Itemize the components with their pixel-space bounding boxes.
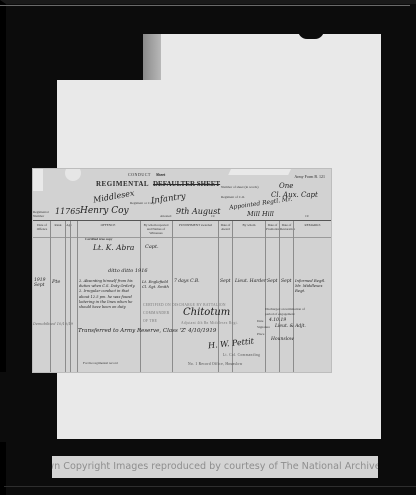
grid-line bbox=[232, 221, 233, 372]
discharge-signature-value: Lieut. & Adjt. bbox=[275, 324, 306, 329]
discharge-date-label: Date bbox=[257, 320, 263, 324]
col-punishment: PUNISHMENT awarded bbox=[173, 224, 218, 228]
commanding-signature: H. W. Pettit bbox=[208, 337, 255, 351]
entry-offence: 2. Absenting himself from his duties whe… bbox=[79, 279, 139, 310]
entry-date-promotion: Sept bbox=[267, 279, 277, 284]
col-reported-by: By whom reported and Names of Witnesses bbox=[141, 224, 171, 235]
discharge-line-2: period of engagement bbox=[265, 313, 325, 317]
label-regimental-number: Regimental Number bbox=[33, 211, 53, 219]
entry-sub-note-rank: Capt. bbox=[145, 244, 159, 250]
record-office-stamp: No. 1 Record Office, Hounslow bbox=[188, 362, 243, 366]
label-year: 19 bbox=[211, 215, 214, 219]
col-by-whom: By whom bbox=[233, 224, 265, 228]
commanding-stamp: Lt. Col. Commanding bbox=[223, 353, 260, 357]
footer-note: For the regimental record bbox=[83, 362, 118, 366]
conduct-sheet-form: CONDUCT Sheet REGIMENTAL DEFAULTER SHEET… bbox=[33, 169, 331, 372]
stamp-line-3: OF THE bbox=[143, 319, 157, 323]
col-date-of-promotion: Date of Promotion bbox=[266, 224, 279, 232]
col-age: Age bbox=[66, 224, 72, 228]
grid-line bbox=[293, 221, 294, 372]
col-offence: OFFENCE bbox=[78, 224, 138, 228]
header-altered: Sheet bbox=[156, 172, 165, 177]
form-corner-fold bbox=[33, 169, 43, 191]
discharge-place-value: Hounslow bbox=[271, 337, 294, 342]
value-corps: Infantry bbox=[150, 192, 186, 207]
entry-sub-note: Lt. K. Abra bbox=[93, 243, 134, 252]
grid-line bbox=[172, 221, 173, 372]
entry-date-of-award: Sept bbox=[220, 279, 230, 284]
scanner-background-left bbox=[0, 372, 54, 442]
grid-line bbox=[279, 221, 280, 372]
discharge-date-value: 4.10.19 bbox=[269, 318, 286, 323]
value-regiment: Middlesex bbox=[93, 188, 136, 204]
left-margin-note: Demobilised 10/10/19 bbox=[33, 322, 73, 326]
form-title: REGIMENTAL bbox=[96, 180, 149, 188]
adjutant-signature: Chitotum bbox=[183, 307, 230, 318]
entry-remarks: Informed Regtl. Mr. Middlesex Regt. bbox=[295, 278, 331, 293]
entry-ditto-line: ditto ditto 1916 bbox=[108, 268, 148, 274]
scan-bottom-edge bbox=[4, 486, 416, 487]
scan-edge-line bbox=[0, 5, 410, 6]
value-location: Mill Hill bbox=[247, 210, 274, 218]
col-rank: Rank bbox=[51, 224, 65, 228]
card-cutout bbox=[57, 34, 143, 80]
col-date-of-award: Date of Award bbox=[219, 224, 232, 232]
transfer-note: Transferred to Army Reserve, Class 'Z' 4… bbox=[78, 328, 216, 334]
grid-line bbox=[77, 221, 78, 372]
header-conduct: CONDUCT bbox=[128, 172, 151, 177]
entry-rank: Pte bbox=[52, 279, 60, 285]
label-number-of-sheet: Number of sheet (in words) bbox=[221, 186, 261, 190]
stamp-line-4: Adjutant 4th Bn Middlesex Regt. bbox=[181, 321, 238, 325]
col-date-of-offence: Date of Offence bbox=[35, 224, 49, 232]
grid-line bbox=[265, 221, 266, 372]
value-number-of-sheet: One bbox=[279, 182, 293, 190]
grid-line bbox=[65, 221, 66, 372]
grid-line bbox=[50, 221, 51, 372]
value-regimental-number: 11765 bbox=[55, 207, 80, 216]
entry-date: 1919 Sept bbox=[34, 278, 49, 288]
form-tab-cut bbox=[228, 169, 294, 175]
copyright-banner: Crown Copyright Images reproduced by cou… bbox=[52, 456, 378, 478]
discharge-place-label: Place bbox=[257, 333, 264, 337]
entry-date-restoration: Sept bbox=[281, 279, 291, 284]
entry-by-whom: Lieut. Harder bbox=[235, 279, 266, 284]
discharge-signature-label: Signature bbox=[257, 326, 270, 330]
label-attested: Attested bbox=[160, 215, 171, 219]
col-date-of-restoration: Date of Restoration bbox=[280, 224, 293, 232]
value-name: Henry Coy bbox=[80, 206, 129, 216]
label-regiment-co: Regiment of C.O. bbox=[221, 196, 261, 200]
entry-pre-note: Certified true copy bbox=[85, 238, 113, 242]
grid-line bbox=[140, 221, 141, 372]
label-year-end: 19 bbox=[305, 215, 308, 219]
card-tab-shadow bbox=[143, 34, 161, 80]
form-title-struck: DEFAULTER SHEET bbox=[153, 180, 220, 188]
entry-reported-by: Lt. Englefield Cl. Sgt. Smith bbox=[142, 279, 172, 289]
stamp-line-2: COMMANDER bbox=[143, 311, 169, 315]
form-number: Army Form B. 121 bbox=[294, 174, 325, 179]
entry-punishment: 7 days C.B. bbox=[174, 279, 200, 284]
col-remarks: REMARKS bbox=[295, 224, 330, 228]
form-punch-notch bbox=[65, 169, 81, 181]
grid-line bbox=[70, 221, 71, 372]
